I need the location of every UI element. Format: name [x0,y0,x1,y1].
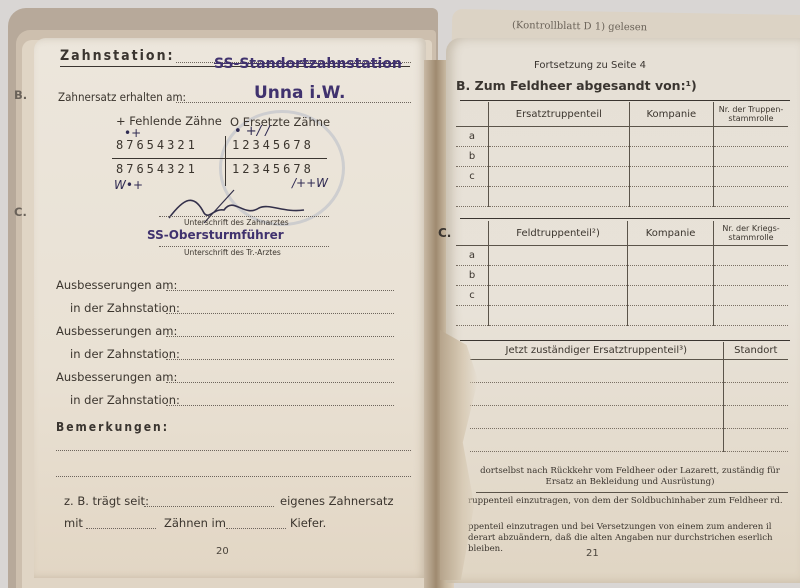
footnote-2: ppenteil einzutragen und bei Versetzunge… [468,522,788,555]
row-label: c [456,167,489,187]
table-row: a [456,246,788,266]
table-cell[interactable] [470,383,723,406]
page-number: 21 [586,548,599,559]
station-field[interactable] [166,359,394,360]
table-cell[interactable] [629,187,713,207]
remarks-line-2[interactable] [56,476,411,477]
row-label: a [456,246,489,266]
repairs-date-field[interactable] [166,336,394,337]
table-cell[interactable] [629,167,713,187]
table-cell[interactable] [714,286,789,306]
table-row: b [456,147,788,167]
column-header: Feldtruppenteil²) [489,221,628,246]
table-cell[interactable] [489,127,630,147]
teeth-count-field[interactable] [86,528,156,529]
location-stamp: Unna i.W. [254,83,346,103]
rule [460,218,790,219]
rule [460,100,790,101]
repairs-date-label: Ausbesserungen am: [56,324,177,338]
rule [476,492,788,493]
row-label-header [456,102,489,127]
torn-strip-text: (Kontrollblatt D 1) gelesen [512,20,647,33]
dentist-signature-label: Unterschrift des Zahnarztes [184,218,289,227]
jaw-label: Kiefer. [290,516,326,530]
row-label [456,306,489,326]
teeth-upper-left-quadrant: 12345678 [232,138,314,152]
handwritten-mark: • +/ / [234,124,270,139]
table-cell[interactable] [714,127,789,147]
continuation-note: Fortsetzung zu Seite 4 [534,60,646,71]
row-label [456,187,489,207]
dotted-line [159,246,329,247]
teeth-lower-right-quadrant: 87654321 [116,162,198,176]
denture-received-label: Zahnersatz erhalten am: [58,90,186,104]
column-header: Kompanie [629,102,713,127]
column-header: Standort [723,342,788,360]
column-header: Jetzt zuständiger Ersatztruppenteil³) [470,342,723,360]
table-row [456,187,788,207]
table-cell[interactable] [714,306,789,326]
table-cell[interactable] [714,266,789,286]
table-cell[interactable] [723,383,788,406]
row-label: b [456,147,489,167]
unit-stamp: SS-Standortzahnstation [214,56,402,72]
wears-since-label: z. B. trägt seit: [64,494,149,508]
footnote-1: ruppenteil einzutragen, von dem der Sold… [468,496,788,507]
teeth-lower-left-quadrant: 12345678 [232,162,314,176]
table-cell[interactable] [489,286,628,306]
row-label: c [456,286,489,306]
table-cell[interactable] [714,167,789,187]
table-cell[interactable] [628,306,714,326]
table-row: c [456,167,788,187]
dotted-line [159,216,329,217]
own-denture-label: eigenes Zahnersatz [280,494,394,508]
repairs-date-field[interactable] [166,290,394,291]
teeth-upper-right-quadrant: 87654321 [116,138,198,152]
station-label: in der Zahnstation: [70,393,180,407]
table-cell[interactable] [628,286,714,306]
page-number: 20 [216,546,229,557]
page-title: Zahnstation: [60,48,175,64]
station-field[interactable] [166,405,394,406]
section-c-table: Feldtruppenteil²)KompanieNr. der Kriegs-… [456,221,788,326]
table-cell[interactable] [723,360,788,383]
table-cell[interactable] [470,429,723,452]
table-cell[interactable] [714,246,789,266]
dental-chart-vertical [225,136,226,186]
table-cell[interactable] [629,147,713,167]
table-cell[interactable] [489,167,630,187]
row-label: b [456,266,489,286]
table-cell[interactable] [628,266,714,286]
table-cell[interactable] [723,429,788,452]
wears-since-field[interactable] [144,506,274,507]
section-b-table: ErsatztruppenteilKompanieNr. der Truppen… [456,102,788,207]
column-header: Nr. der Truppen-stammrolle [714,102,789,127]
handwritten-mark: W•+ [114,178,143,192]
table-cell[interactable] [489,306,628,326]
section-b-title: B. Zum Feldheer abgesandt von:¹) [456,78,697,93]
section-c-letter: C. [438,226,451,240]
station-label: in der Zahnstation: [70,347,180,361]
table-row [470,406,788,429]
remarks-line-1[interactable] [56,450,411,451]
dental-chart-horizontal [112,158,327,159]
table-row [470,429,788,452]
rank-stamp: SS-Obersturmführer [147,228,284,242]
table-row: b [456,266,788,286]
table-cell[interactable] [489,187,630,207]
repairs-date-label: Ausbesserungen am: [56,370,177,384]
table-row [456,306,788,326]
table-row [470,360,788,383]
doctor-signature-label: Unterschrift des Tr.-Arztes [184,248,281,257]
row-label: a [456,127,489,147]
column-header: Kompanie [628,221,714,246]
table-cell[interactable] [714,147,789,167]
with-label: mit [64,516,83,530]
section-d-table: Jetzt zuständiger Ersatztruppenteil³)Sta… [470,342,788,452]
rule [460,340,790,341]
column-header: Ersatztruppenteil [489,102,630,127]
repairs-date-label: Ausbesserungen am: [56,278,177,292]
row-label-header [456,221,489,246]
underlying-letter-b: B. [14,88,27,102]
page-20: Zahnstation: SS-Standortzahnstation Zahn… [34,38,426,578]
table-cell[interactable] [470,360,723,383]
page-21: Fortsetzung zu Seite 4 B. Zum Feldheer a… [446,38,800,583]
station-label: in der Zahnstation: [70,301,180,315]
table-cell[interactable] [489,246,628,266]
remarks-label: Bemerkungen: [56,420,169,434]
table-cell[interactable] [629,127,713,147]
table-row: c [456,286,788,306]
table-row [470,383,788,406]
table-cell[interactable] [723,406,788,429]
column-header: Nr. der Kriegs-stammrolle [714,221,789,246]
table-cell[interactable] [489,147,630,167]
repairs-date-field[interactable] [166,382,394,383]
table-cell[interactable] [628,246,714,266]
jaw-field[interactable] [226,528,286,529]
teeth-in-label: Zähnen im [164,516,226,530]
footnote-d: dortselbst nach Rückkehr vom Feldheer od… [480,466,780,488]
underlying-letter-c: C. [14,205,27,219]
table-cell[interactable] [470,406,723,429]
station-field[interactable] [166,313,394,314]
table-cell[interactable] [714,187,789,207]
table-cell[interactable] [489,266,628,286]
table-row: a [456,127,788,147]
